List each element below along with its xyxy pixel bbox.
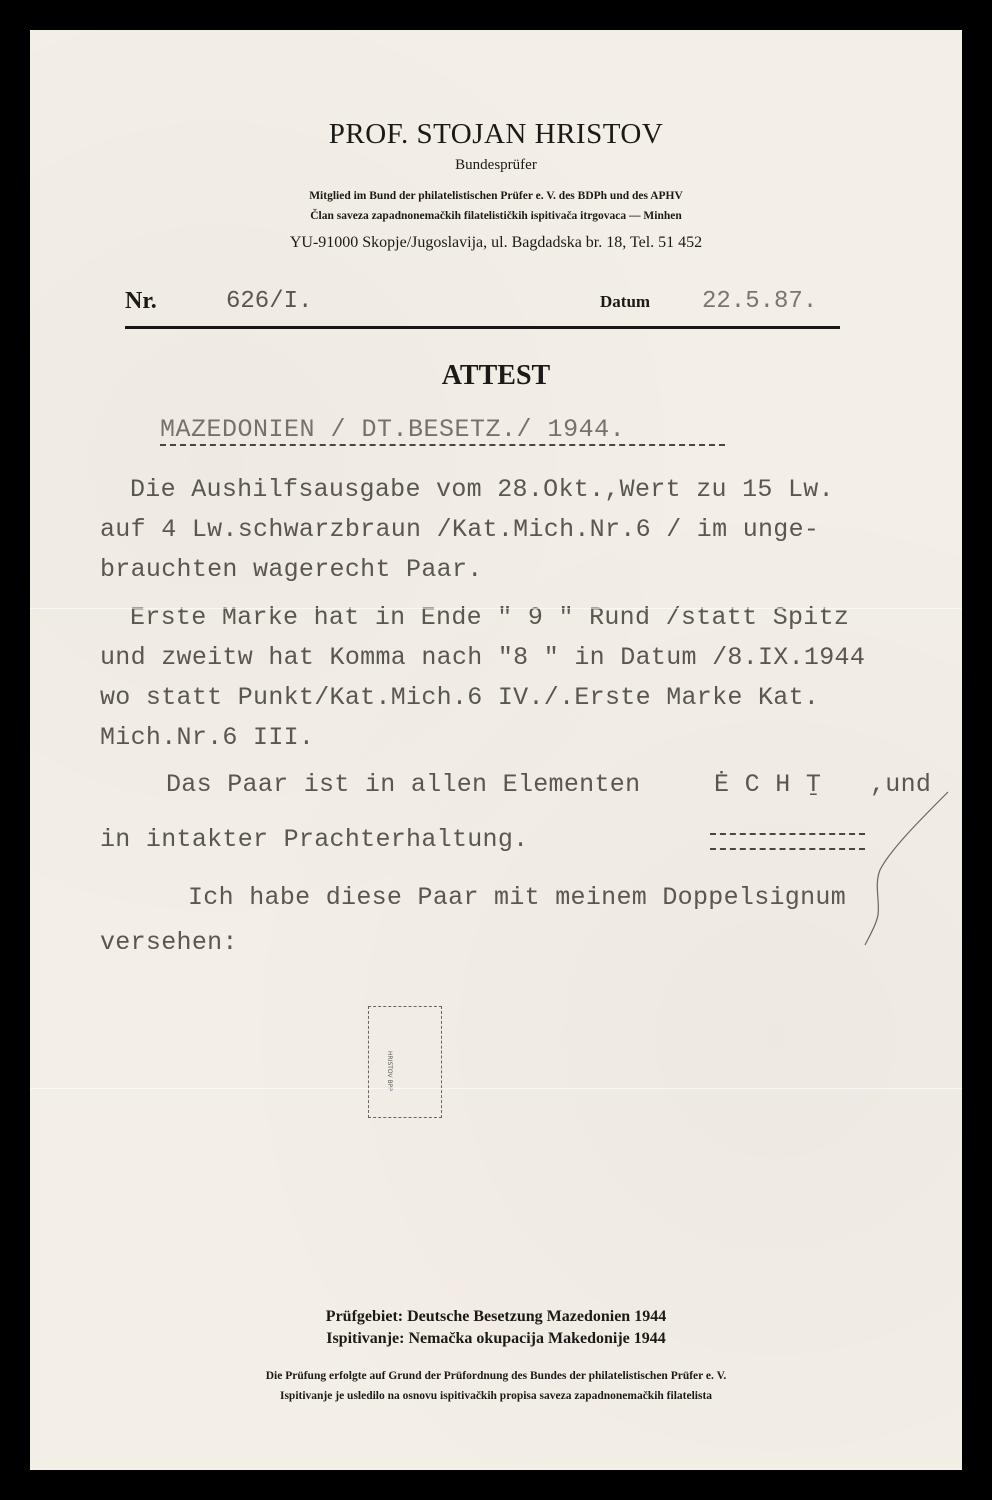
- pen-stroke-mark: [850, 790, 950, 950]
- paper-fold: [30, 1088, 962, 1089]
- footer-area-serbian: Ispitivanje: Nemačka okupacija Makedonij…: [30, 1330, 962, 1348]
- body-line: versehen:: [100, 928, 238, 957]
- body-line: brauchten wagerecht Paar.: [100, 555, 483, 584]
- attest-document: PROF. STOJAN HRISTOV Bundesprüfer Mitgli…: [30, 30, 962, 1470]
- membership-serbian: Član saveza zapadnonemačkih filatelistič…: [30, 210, 962, 222]
- body-line: Ich habe diese Paar mit meinem Doppelsig…: [188, 883, 846, 912]
- body-line: in intakter Prachterhaltung.: [100, 825, 528, 854]
- header-divider: [125, 326, 840, 329]
- body-line: auf 4 Lw.schwarzbraun /Kat.Mich.Nr.6 / i…: [100, 515, 819, 544]
- footer-basis-german: Die Prüfung erfolgte auf Grund der Prüfo…: [30, 1370, 962, 1382]
- date-value: 22.5.87.: [702, 288, 817, 315]
- signature-stamp-box: HRISTOV BPP: [368, 1006, 442, 1118]
- examiner-address: YU-91000 Skopje/Jugoslavija, ul. Bagdads…: [30, 234, 962, 252]
- number-label: Nr.: [125, 288, 157, 315]
- footer-basis-serbian: Ispitivanje je usledilo na osnovu ispiti…: [30, 1390, 962, 1402]
- body-line: Mich.Nr.6 III.: [100, 723, 314, 752]
- date-label: Datum: [600, 292, 650, 312]
- body-line: wo statt Punkt/Kat.Mich.6 IV./.Erste Mar…: [100, 683, 819, 712]
- subject-underline: [160, 444, 725, 446]
- number-value: 626/I.: [226, 288, 312, 315]
- paper-fold: [30, 608, 962, 609]
- body-line: Das Paar ist in allen Elementen: [166, 770, 640, 799]
- examiner-title: Bundesprüfer: [30, 157, 962, 174]
- signature-stamp-text: HRISTOV BPP: [386, 1051, 393, 1111]
- genuine-double-underline: [710, 848, 865, 850]
- examiner-name: PROF. STOJAN HRISTOV: [30, 118, 962, 151]
- membership-german: Mitglied im Bund der philatelistischen P…: [30, 190, 962, 202]
- genuine-underline: [710, 833, 865, 835]
- document-heading: ATTEST: [30, 360, 962, 392]
- genuine-mark: Ė C H Ṯ: [714, 770, 821, 799]
- body-line: und zweitw hat Komma nach "8 " in Datum …: [100, 643, 865, 672]
- subject-line: MAZEDONIEN / DT.BESETZ./ 1944.: [160, 415, 625, 444]
- footer-area-german: Prüfgebiet: Deutsche Besetzung Mazedonie…: [30, 1308, 962, 1326]
- body-line: Die Aushilfsausgabe vom 28.Okt.,Wert zu …: [130, 475, 834, 504]
